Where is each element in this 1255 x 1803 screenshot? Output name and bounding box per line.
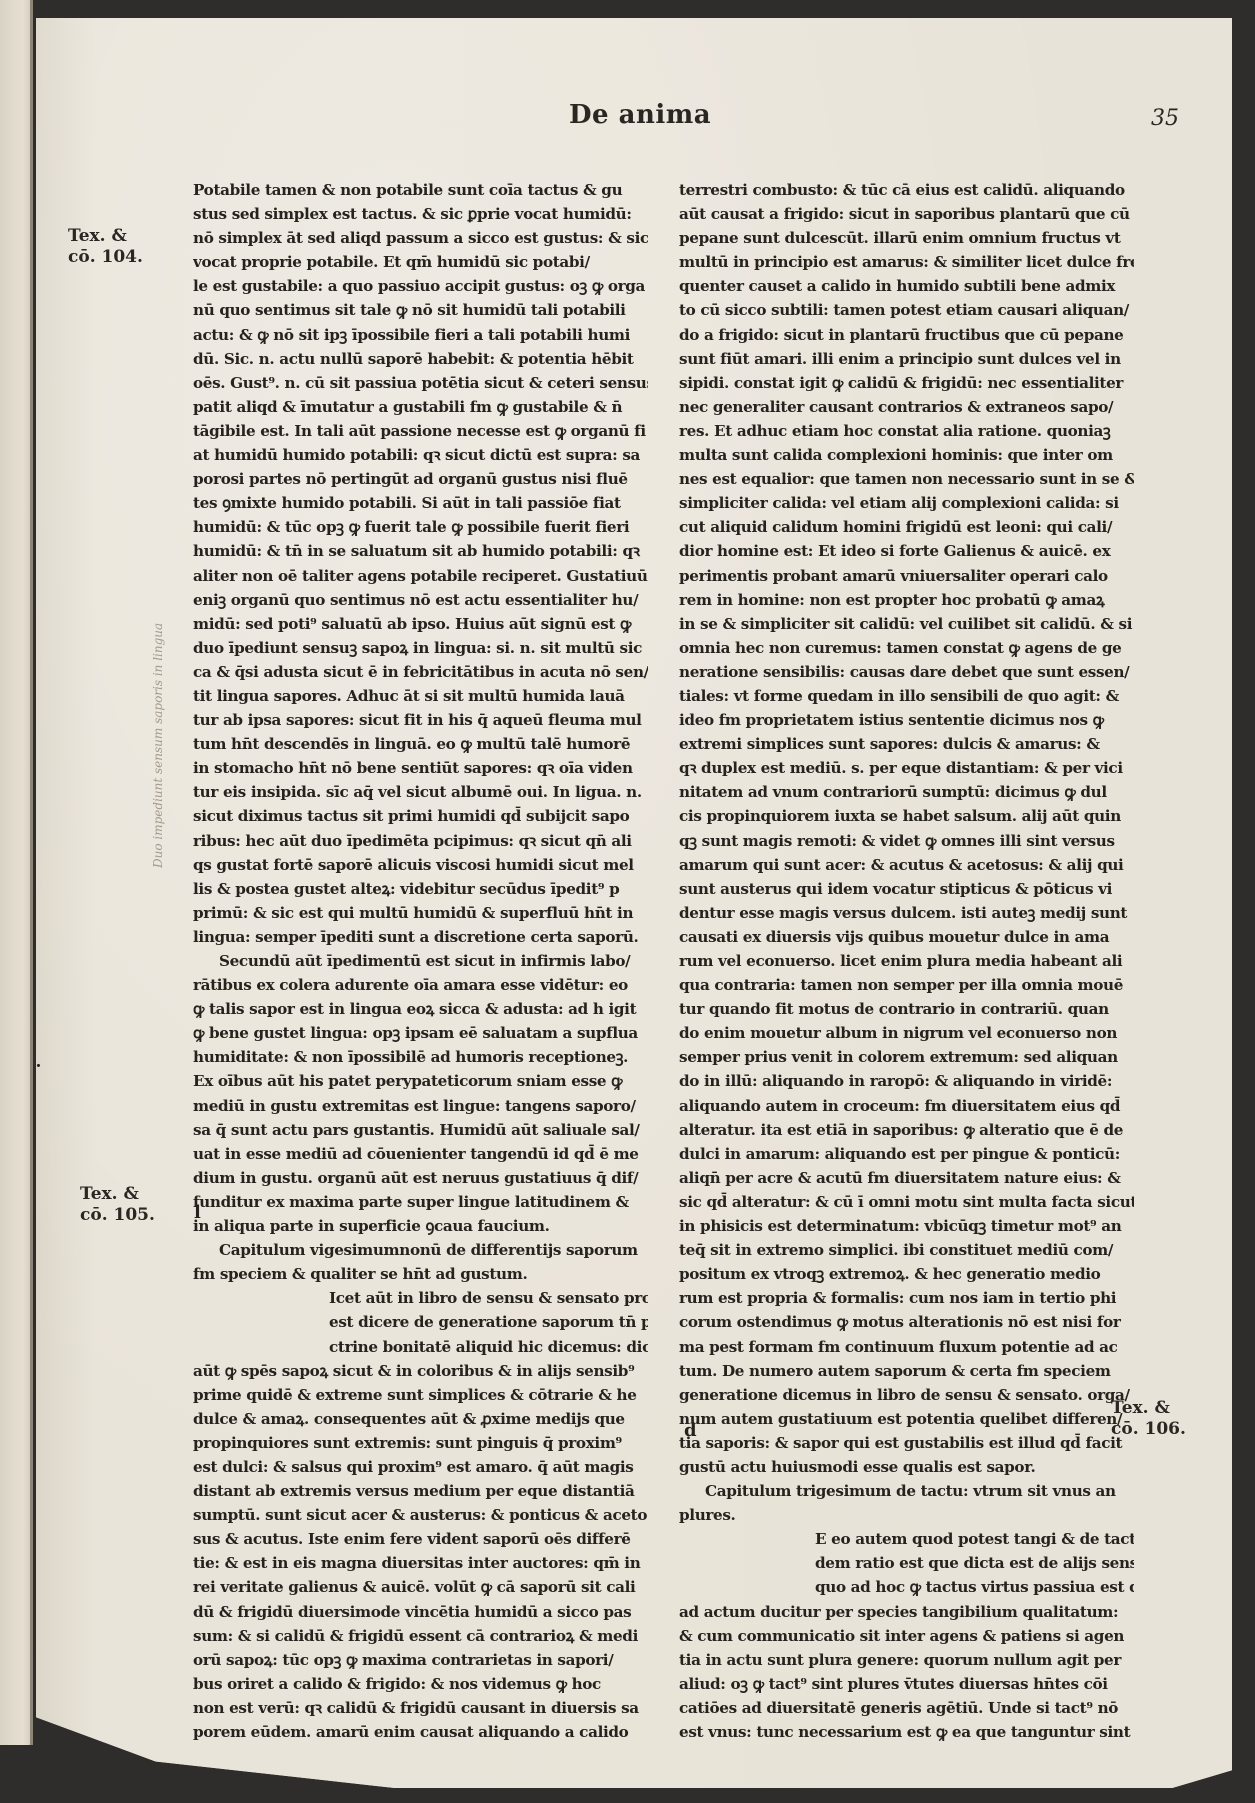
folio-number: 35 <box>1151 106 1179 131</box>
text-line: bus oriret a calido & frigido: & nos vid… <box>193 1672 648 1696</box>
text-line: ꝙ talis sapor est in lingua eoꝝ sicca & … <box>193 997 648 1021</box>
text-line: alteratur. ita est etiā in saporibus: ꝙ … <box>679 1118 1134 1142</box>
text-line: sumptū. sunt sicut acer & austerus: & po… <box>193 1503 648 1527</box>
text-line: rem in homine: non est propter hoc proba… <box>679 588 1134 612</box>
text-line: dū. Sic. n. actu nullū saporē habebit: &… <box>193 347 648 371</box>
text-line: aūt ꝙ spēs sapoꝝ sicut & in coloribus & … <box>193 1359 648 1383</box>
text-line: porosi partes nō pertingūt ad organū gus… <box>193 467 648 491</box>
text-line: duo īpediunt sensuꝫ sapoꝝ in lingua: si.… <box>193 636 648 660</box>
text-line: res. Et adhuc etiam hoc constat alia rat… <box>679 419 1134 443</box>
handwritten-annotation: Duo impediunt sensum saporis in lingua <box>151 618 171 868</box>
text-line: gustū actu huiusmodi esse qualis est sap… <box>679 1455 1134 1479</box>
text-line: Capitulum vigesimumnonū de differentijs … <box>193 1238 648 1262</box>
text-line: pepane sunt dulcescūt. illarū enim omniu… <box>679 226 1134 250</box>
text-line: E eo autem quod potest tangi & de tactu … <box>679 1527 1134 1551</box>
text-line: perimentis probant amarū vniuersaliter o… <box>679 564 1134 588</box>
text-line: est vnus: tunc necessarium est ꝙ ea que … <box>679 1720 1134 1744</box>
text-line: est dulci: & salsus qui proxim⁹ est amar… <box>193 1455 648 1479</box>
text-line: plures. <box>679 1503 1134 1527</box>
marginal-ref-line: cō. 105. <box>80 1205 155 1226</box>
text-line: num autem gustatiuum est potentia quelib… <box>679 1407 1134 1431</box>
marginal-ref-line: Tex. & <box>80 1184 155 1205</box>
book-page: x. 7 102. De anima 35 Tex. & cō. 104. Te… <box>36 18 1232 1788</box>
text-line: aliqn̄ per acre & acutū fm diuersitatem … <box>679 1166 1134 1190</box>
text-line: nō simplex āt sed aliqd passum a sicco e… <box>193 226 648 250</box>
text-line: in stomacho hn̄t nō bene sentiūt sapores… <box>193 756 648 780</box>
text-line: patit aliqd & īmutatur a gustabili fm ꝙ … <box>193 395 648 419</box>
text-line: qs gustat fortē saporē alicuis viscosi h… <box>193 853 648 877</box>
text-line: rum vel econuerso. licet enim plura medi… <box>679 949 1134 973</box>
text-line: tit lingua sapores. Adhuc āt si sit mult… <box>193 684 648 708</box>
text-line: terrestri combusto: & tūc cā eius est ca… <box>679 178 1134 202</box>
marginal-ref-tex-104: Tex. & cō. 104. <box>68 226 143 268</box>
text-line: distant ab extremis versus medium per eq… <box>193 1479 648 1503</box>
text-line: propinquiores sunt extremis: sunt pingui… <box>193 1431 648 1455</box>
marginal-ref-line: cō. 104. <box>68 247 143 268</box>
text-line: extremi simplices sunt sapores: dulcis &… <box>679 732 1134 756</box>
text-line: rei veritate galienus & auicē. volūt ꝙ c… <box>193 1575 648 1599</box>
text-line: at humidū humido potabili: qꝛ sicut dict… <box>193 443 648 467</box>
text-line: corum ostendimus ꝙ motus alterationis nō… <box>679 1310 1134 1334</box>
marginal-ref-line: Tex. & <box>68 226 143 247</box>
text-line: midū: sed poti⁹ saluatū ab ipso. Huius a… <box>193 612 648 636</box>
text-line: humidū: & tn̄ in se saluatum sit ab humi… <box>193 539 648 563</box>
text-line: catiōes ad diuersitatē generis agētiū. U… <box>679 1696 1134 1720</box>
text-line: ca & q̄si adusta sicut ē in febricitātib… <box>193 660 648 684</box>
text-line: ꝙ bene gustet lingua: opꝫ ipsam eē salua… <box>193 1021 648 1045</box>
text-line: qꝫ sunt magis remoti: & videt ꝙ omnes il… <box>679 829 1134 853</box>
text-line: cis propinquiorem iuxta se habet salsum.… <box>679 804 1134 828</box>
text-line: quo ad hoc ꝙ tactus virtus passiua est q… <box>679 1575 1134 1599</box>
text-line: lingua: semper īpediti sunt a discretion… <box>193 925 648 949</box>
text-line: tie: & est in eis magna diuersitas inter… <box>193 1551 648 1575</box>
text-line: prime quidē & extreme sunt simplices & c… <box>193 1383 648 1407</box>
text-line: sa q̄ sunt actu pars gustantis. Humidū a… <box>193 1118 648 1142</box>
text-line: aliud: oꝫ ꝙ tact⁹ sint plures v̄tutes di… <box>679 1672 1134 1696</box>
text-line: mediū in gustu extremitas est lingue: ta… <box>193 1094 648 1118</box>
text-line: quenter causet a calido in humido subtil… <box>679 274 1134 298</box>
text-line: sunt fiūt amari. illi enim a principio s… <box>679 347 1134 371</box>
text-line: uat in esse mediū ad cōuenienter tangend… <box>193 1142 648 1166</box>
text-line: dem ratio est que dicta est de alijs sen… <box>679 1551 1134 1575</box>
text-line: simpliciter calida: vel etiam alij compl… <box>679 491 1134 515</box>
text-line: tur eis insipida. sīc aq̄ vel sicut albu… <box>193 780 648 804</box>
text-line: aliter non oē taliter agens potabile rec… <box>193 564 648 588</box>
text-line: multa sunt calida complexioni hominis: q… <box>679 443 1134 467</box>
text-line: tāgibile est. In tali aūt passione neces… <box>193 419 648 443</box>
text-line: semper prius venit in colorem extremum: … <box>679 1045 1134 1069</box>
text-line: neratione sensibilis: causas dare debet … <box>679 660 1134 684</box>
text-line: oēs. Gust⁹. n. cū sit passiua potētia si… <box>193 371 648 395</box>
gutter-shadow <box>30 0 33 1745</box>
text-line: dulce & amaꝝ. consequentes aūt & ꝓxime m… <box>193 1407 648 1431</box>
text-line: in se & simpliciter sit calidū: vel cuil… <box>679 612 1134 636</box>
text-line: tiales: vt forme quedam in illo sensibil… <box>679 684 1134 708</box>
text-line: eniꝫ organū quo sentimus nō est actu ess… <box>193 588 648 612</box>
text-line: aūt causat a frigido: sicut in saporibus… <box>679 202 1134 226</box>
text-line: fm speciem & qualiter se hn̄t ad gustum. <box>193 1262 648 1286</box>
text-line: ribus: hec aūt duo īpedimēta pcipimus: q… <box>193 829 648 853</box>
text-line: lis & postea gustet alteꝝ: videbitur sec… <box>193 877 648 901</box>
running-head: De anima <box>569 100 711 130</box>
text-line: Ex oībus aūt his patet perypateticorum s… <box>193 1069 648 1093</box>
text-line: multū in principio est amarus: & similit… <box>679 250 1134 274</box>
text-line: tum. De numero autem saporum & certa fm … <box>679 1359 1134 1383</box>
text-line: rum est propria & formalis: cum nos iam … <box>679 1286 1134 1310</box>
text-line: Secundū aūt īpedimentū est sicut in infi… <box>193 949 648 973</box>
text-line: ma pest formam fm continuum fluxum poten… <box>679 1335 1134 1359</box>
text-line: sus & acutus. Iste enim fere vident sapo… <box>193 1527 648 1551</box>
text-line: sum: & si calidū & frigidū essent cā con… <box>193 1624 648 1648</box>
text-line: humiditate: & non īpossibilē ad humoris … <box>193 1045 648 1069</box>
text-line: generatione dicemus in libro de sensu & … <box>679 1383 1134 1407</box>
text-line: ctrine bonitatē aliquid hic dicemus: dic… <box>193 1335 648 1359</box>
text-line: tia in actu sunt plura genere: quorum nu… <box>679 1648 1134 1672</box>
text-line: aliquando autem in croceum: fm diuersita… <box>679 1094 1134 1118</box>
text-line: stus sed simplex est tactus. & sic ꝑprie… <box>193 202 648 226</box>
text-line: actu: & ꝙ nō sit ipꝫ īpossibile fieri a … <box>193 323 648 347</box>
text-line: funditur ex maxima parte super lingue la… <box>193 1190 648 1214</box>
text-line: sicut diximus tactus sit primi humidi qd… <box>193 804 648 828</box>
text-line: positum ex vtroqꝫ extremoꝝ. & hec genera… <box>679 1262 1134 1286</box>
text-column-left: Potabile tamen & non potabile sunt coīa … <box>193 178 648 1744</box>
text-line: dentur esse magis versus dulcem. isti au… <box>679 901 1134 925</box>
text-line: amarum qui sunt acer: & acutus & acetosu… <box>679 853 1134 877</box>
text-line: dium in gustu. organū aūt est neruus gus… <box>193 1166 648 1190</box>
text-line: nes est equalior: que tamen non necessar… <box>679 467 1134 491</box>
text-line: do in illū: aliquando in raropō: & aliqu… <box>679 1069 1134 1093</box>
text-line: causati ex diuersis vijs quibus mouetur … <box>679 925 1134 949</box>
facing-page-edge <box>0 0 33 1745</box>
text-line: cut aliquid calidum homini frigidū est l… <box>679 515 1134 539</box>
text-line: sipidi. constat igit ꝙ calidū & frigidū:… <box>679 371 1134 395</box>
text-line: dū & frigidū diuersimode vincētia humidū… <box>193 1600 648 1624</box>
text-line: sunt austerus qui idem vocatur stipticus… <box>679 877 1134 901</box>
text-line: qꝛ duplex est mediū. s. per eque distant… <box>679 756 1134 780</box>
text-line: le est gustabile: a quo passiuo accipit … <box>193 274 648 298</box>
text-line: dulci in amarum: aliquando est per pingu… <box>679 1142 1134 1166</box>
text-line: do enim mouetur album in nigrum vel econ… <box>679 1021 1134 1045</box>
text-line: nec generaliter causant contrarios & ext… <box>679 395 1134 419</box>
text-line: non est verū: qꝛ calidū & frigidū causan… <box>193 1696 648 1720</box>
text-line: tes ꝯmixte humido potabili. Si aūt in ta… <box>193 491 648 515</box>
text-line: est dicere de generatione saporum tn̄ pp… <box>193 1310 648 1334</box>
text-line: orū sapoꝝ: tūc opꝫ ꝙ maxima contrarietas… <box>193 1648 648 1672</box>
text-line: Capitulum trigesimum de tactu: vtrum sit… <box>679 1479 1134 1503</box>
text-line: ideo fm proprietatem istius sententie di… <box>679 708 1134 732</box>
text-column-right: terrestri combusto: & tūc cā eius est ca… <box>679 178 1134 1744</box>
text-line: teq̄ sit in extremo simplici. ibi consti… <box>679 1238 1134 1262</box>
text-line: rātibus ex colera adurente oīa amara ess… <box>193 973 648 997</box>
text-line: primū: & sic est qui multū humidū & supe… <box>193 901 648 925</box>
text-line: nū quo sentimus sit tale ꝙ nō sit humidū… <box>193 298 648 322</box>
text-line: omnia hec non curemus: tamen constat ꝙ a… <box>679 636 1134 660</box>
text-line: do a frigido: sicut in plantarū fructibu… <box>679 323 1134 347</box>
text-line: vocat proprie potabile. Et qm̄ humidū si… <box>193 250 648 274</box>
text-line: tia saporis: & sapor qui est gustabilis … <box>679 1431 1134 1455</box>
text-line: qua contraria: tamen non semper per illa… <box>679 973 1134 997</box>
text-line: to cū sicco subtili: tamen potest etiam … <box>679 298 1134 322</box>
text-line: porem eūdem. amarū enim causat aliquando… <box>193 1720 648 1744</box>
text-line: tum hn̄t descendēs in linguā. eo ꝙ multū… <box>193 732 648 756</box>
text-line: in phisicis est determinatum: vbicūqꝫ ti… <box>679 1214 1134 1238</box>
text-line: & cum communicatio sit inter agens & pat… <box>679 1624 1134 1648</box>
text-line: Potabile tamen & non potabile sunt coīa … <box>193 178 648 202</box>
text-line: Icet aūt in libro de sensu & sensato pro… <box>193 1286 648 1310</box>
text-line: sic qd̄ alteratur: & cū ī omni motu sint… <box>679 1190 1134 1214</box>
marginal-ref-tex-105: Tex. & cō. 105. <box>80 1184 155 1226</box>
text-line: tur quando fit motus de contrario in con… <box>679 997 1134 1021</box>
text-line: dior homine est: Et ideo si forte Galien… <box>679 539 1134 563</box>
text-line: nitatem ad vnum contrariorū sumptū: dici… <box>679 780 1134 804</box>
text-line: humidū: & tūc opꝫ ꝙ fuerit tale ꝙ possib… <box>193 515 648 539</box>
text-line: tur ab ipsa sapores: sicut fit in his q̄… <box>193 708 648 732</box>
text-line: in aliqua parte in superficie ꝯcaua fauc… <box>193 1214 648 1238</box>
text-line: ad actum ducitur per species tangibilium… <box>679 1600 1134 1624</box>
